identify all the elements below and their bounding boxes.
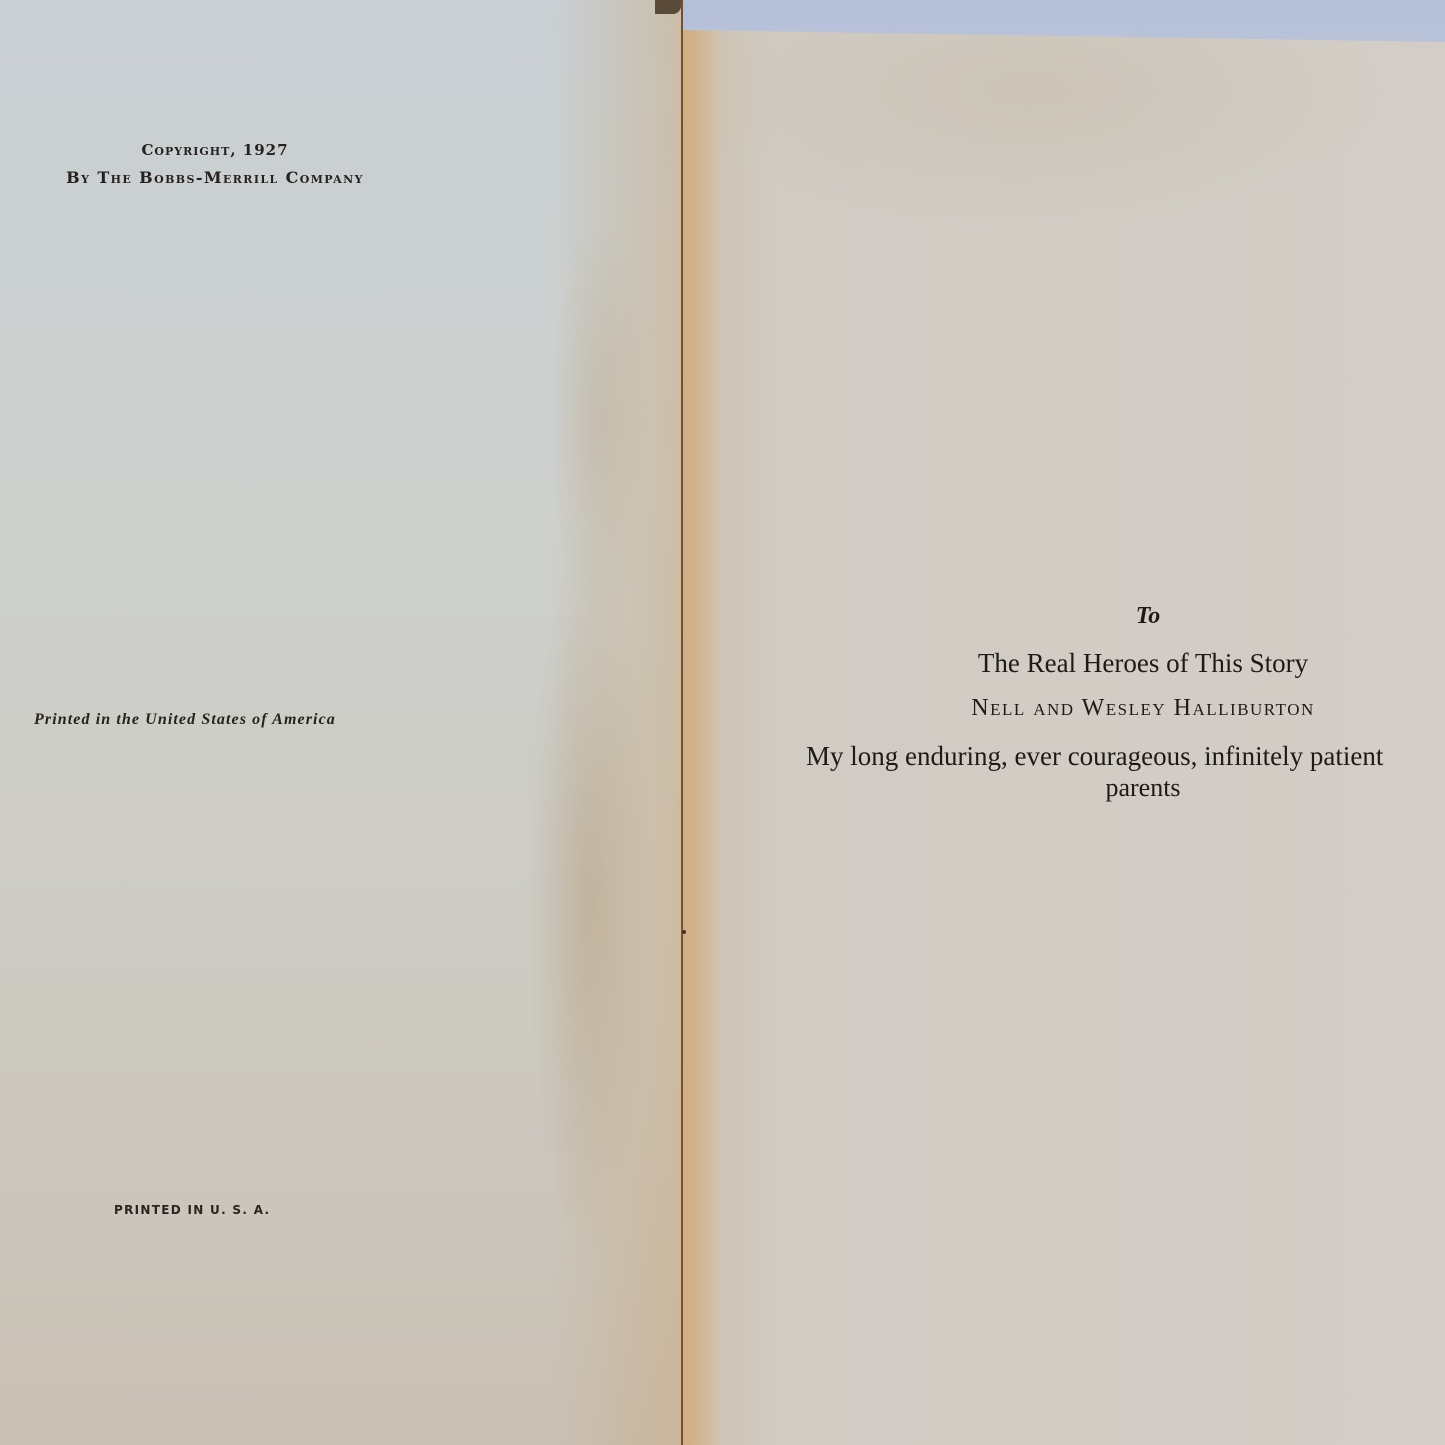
copyright-publisher: By The Bobbs-Merrill Company xyxy=(0,164,430,191)
dedication-heading: The Real Heroes of This Story xyxy=(683,648,1445,679)
dedication-description: My long enduring, ever courageous, infin… xyxy=(806,741,1445,772)
printed-in-usa-stamp: PRINTED IN U. S. A. xyxy=(114,1203,270,1217)
printed-in-america-text: Printed in the United States of America xyxy=(34,711,336,729)
right-page-dedication xyxy=(683,30,1445,1445)
dedication-parents: parents xyxy=(683,773,1445,803)
book-cover-edge xyxy=(655,0,681,14)
dedication-names: Nell and Wesley Halliburton xyxy=(683,695,1445,722)
copyright-notice: Copyright, 1927 By The Bobbs-Merrill Com… xyxy=(0,137,430,191)
left-page-copyright: Copyright, 1927 By The Bobbs-Merrill Com… xyxy=(0,0,681,1445)
book-gutter xyxy=(681,0,683,1445)
dedication-to: To xyxy=(688,603,1445,630)
paper-blemish xyxy=(682,930,686,934)
open-book-spread: Copyright, 1927 By The Bobbs-Merrill Com… xyxy=(0,0,1445,1445)
copyright-year: Copyright, 1927 xyxy=(141,141,288,159)
